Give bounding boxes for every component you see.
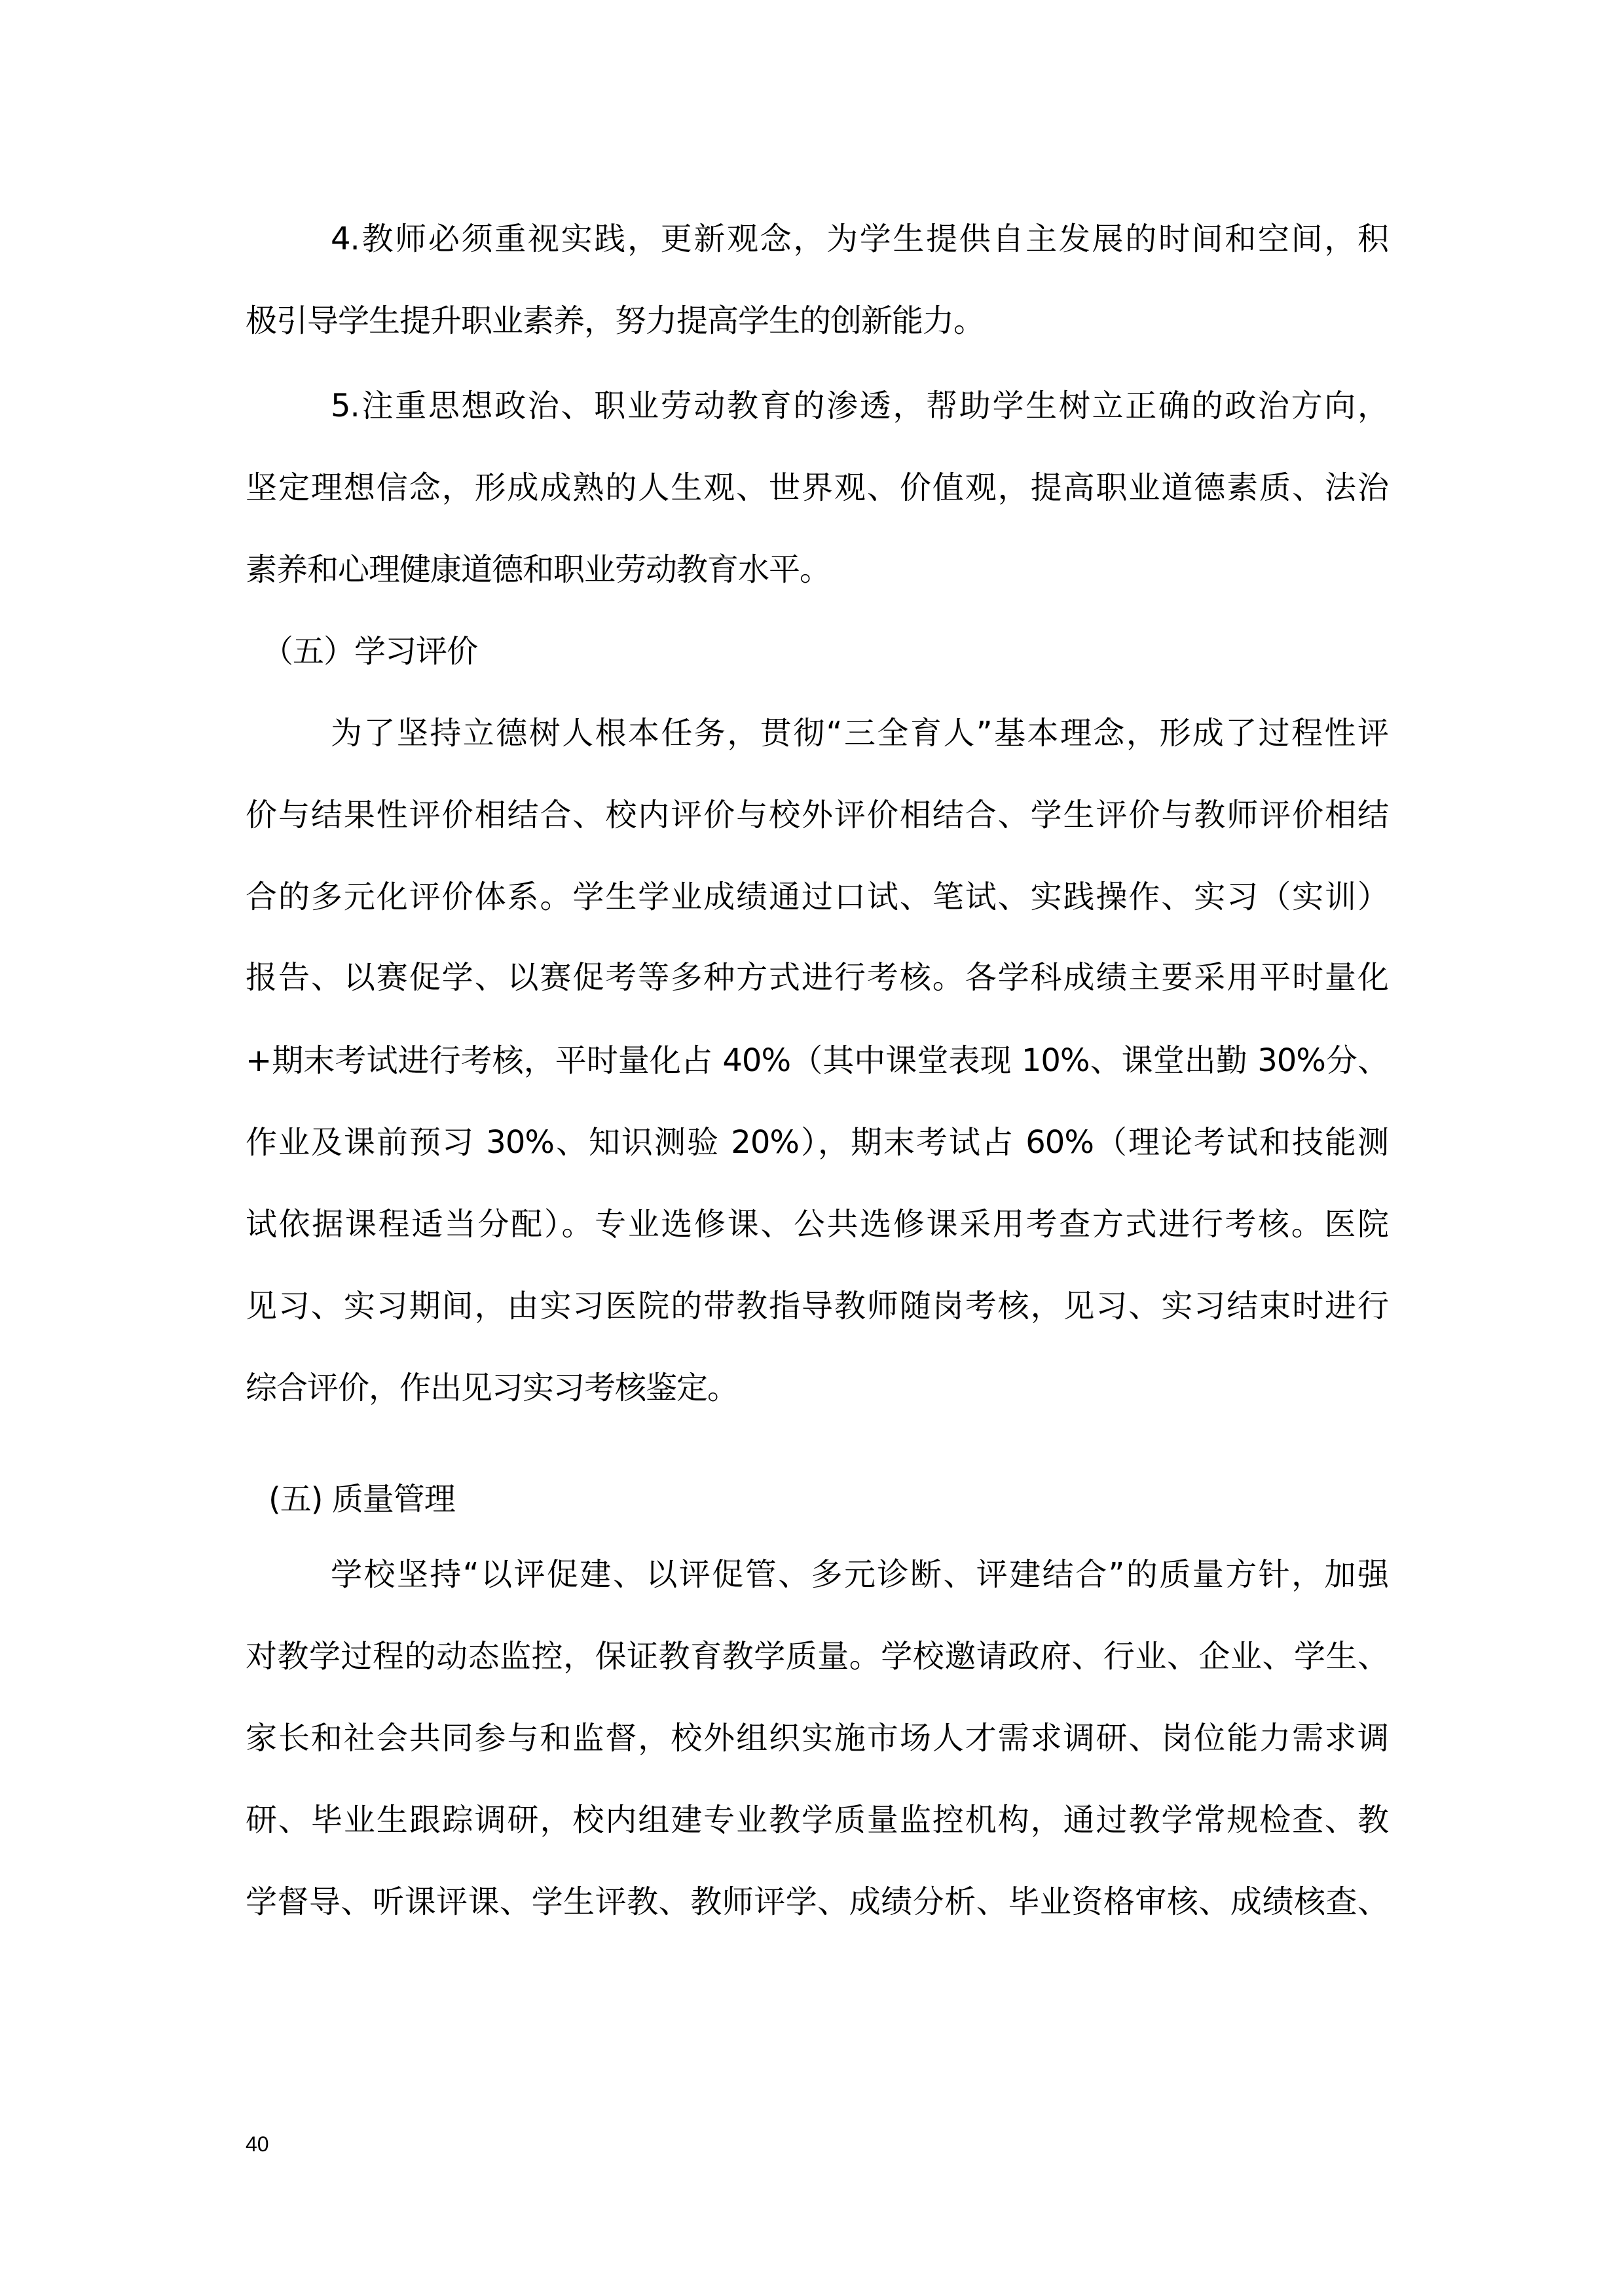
quality-management-line-3: 家长和社会共同参与和监督，校外组织实施市场人才需求调研、岗位能力需求调 bbox=[246, 1715, 1388, 1761]
learning-evaluation-line-5: +期末考试进行考核，平时量化占 40%（其中课堂表现 10%、课堂出勤 30%分… bbox=[246, 1038, 1388, 1084]
quality-management-line-5: 学督导、听课评课、学生评教、教师评学、成绩分析、毕业资格审核、成绩核查、 bbox=[246, 1879, 1388, 1925]
learning-evaluation-line-3: 合的多元化评价体系。学生学业成绩通过口试、笔试、实践操作、实习（实训） bbox=[246, 874, 1388, 920]
item-4-line-1: 4.教师必须重视实践，更新观念，为学生提供自主发展的时间和空间，积 bbox=[331, 216, 1388, 262]
document-page: 4.教师必须重视实践，更新观念，为学生提供自主发展的时间和空间，积 极引导学生提… bbox=[0, 0, 1624, 2296]
learning-evaluation-line-7: 试依据课程适当分配）。专业选修课、公共选修课采用考查方式进行考核。医院 bbox=[246, 1201, 1388, 1247]
learning-evaluation-line-8: 见习、实习期间，由实习医院的带教指导教师随岗考核，见习、实习结束时进行 bbox=[246, 1283, 1388, 1329]
item-5-line-1: 5.注重思想政治、职业劳动教育的渗透，帮助学生树立正确的政治方向， bbox=[331, 383, 1388, 429]
quality-management-line-4: 研、毕业生跟踪调研，校内组建专业教学质量监控机构，通过教学常规检查、教 bbox=[246, 1797, 1388, 1843]
quality-management-line-2: 对教学过程的动态监控，保证教育教学质量。学校邀请政府、行业、企业、学生、 bbox=[246, 1633, 1388, 1679]
learning-evaluation-line-6: 作业及课前预习 30%、知识测验 20%），期末考试占 60%（理论考试和技能测 bbox=[246, 1120, 1388, 1165]
page-number: 40 bbox=[246, 2131, 269, 2157]
learning-evaluation-line-1: 为了坚持立德树人根本任务，贯彻“三全育人”基本理念，形成了过程性评 bbox=[331, 710, 1388, 756]
section-heading-learning-evaluation: （五）学习评价 bbox=[262, 629, 477, 674]
learning-evaluation-line-4: 报告、以赛促学、以赛促考等多种方式进行考核。各学科成绩主要采用平时量化 bbox=[246, 955, 1388, 1000]
learning-evaluation-line-9: 综合评价，作出见习实习考核鉴定。 bbox=[246, 1365, 1388, 1411]
item-5-line-2: 坚定理想信念，形成成熟的人生观、世界观、价值观，提高职业道德素质、法治 bbox=[246, 465, 1388, 511]
item-4-line-2: 极引导学生提升职业素养，努力提高学生的创新能力。 bbox=[246, 298, 1388, 344]
section-heading-quality-management: (五) 质量管理 bbox=[268, 1476, 455, 1522]
item-5-line-3: 素养和心理健康道德和职业劳动教育水平。 bbox=[246, 547, 1388, 592]
learning-evaluation-line-2: 价与结果性评价相结合、校内评价与校外评价相结合、学生评价与教师评价相结 bbox=[246, 792, 1388, 838]
quality-management-line-1: 学校坚持“以评促建、以评促管、多元诊断、评建结合”的质量方针，加强 bbox=[331, 1552, 1388, 1597]
